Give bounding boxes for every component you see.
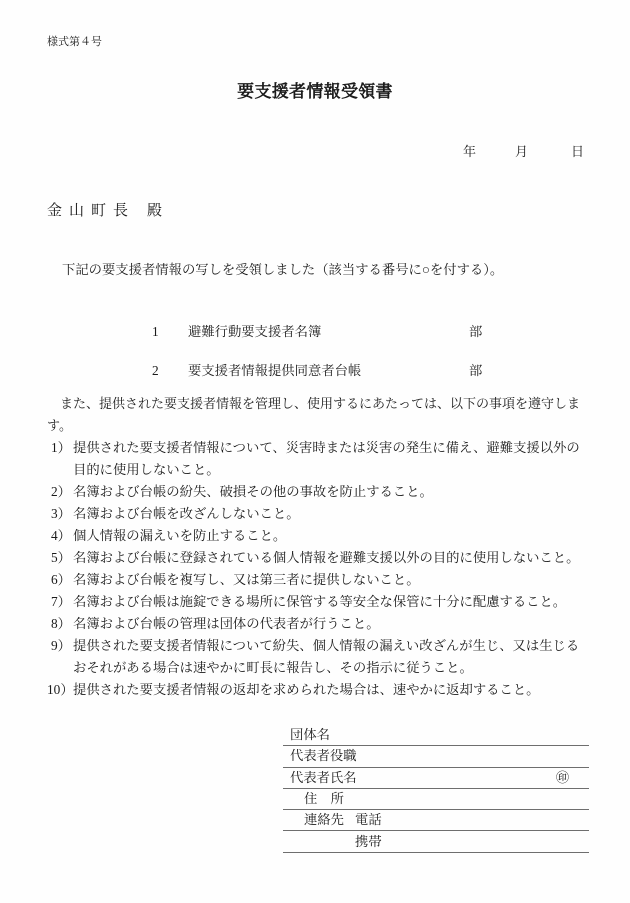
rule-text: 名簿および台帳を複写し、又は第三者に提供しないこと。 bbox=[73, 569, 585, 591]
rule-text: 名簿および台帳の管理は団体の代表者が行うこと。 bbox=[73, 613, 585, 635]
rule-item: 10） 提供された要支援者情報の返却を求められた場合は、速やかに返却すること。 bbox=[47, 679, 592, 701]
signature-row-contact-phone: 連絡先 電話 bbox=[283, 810, 589, 831]
document-name: 避難行動要支援者名簿 bbox=[188, 325, 321, 339]
rule-number: 2） bbox=[47, 481, 71, 503]
rule-text: 名簿および台帳を改ざんしないこと。 bbox=[73, 503, 585, 525]
rule-text: 名簿および台帳は施錠できる場所に保管する等安全な保管に十分に配慮すること。 bbox=[73, 591, 585, 613]
address-label: 住 所 bbox=[283, 792, 344, 806]
seal-mark-icon: ㊞ bbox=[556, 771, 569, 785]
mobile-label: 携帯 bbox=[355, 835, 382, 849]
contact-label: 連絡先 bbox=[283, 813, 344, 827]
rule-text: 名簿および台帳に登録されている個人情報を避難支援以外の目的に使用しないこと。 bbox=[73, 547, 585, 569]
rule-number: 4） bbox=[47, 525, 71, 547]
signature-row-representative-title: 代表者役職 bbox=[283, 746, 589, 767]
rule-text: 提供された要支援者情報について紛失、個人情報の漏えい改ざんが生じ、又は生じるおそ… bbox=[73, 635, 585, 679]
signature-row-contact-mobile: 携帯 bbox=[283, 831, 589, 852]
signature-row-representative-name: 代表者氏名 ㊞ bbox=[283, 768, 589, 789]
rule-item: 4） 個人情報の漏えいを防止すること。 bbox=[47, 525, 592, 547]
rule-item: 1） 提供された要支援者情報について、災害時または災害の発生に備え、避難支援以外… bbox=[47, 437, 592, 481]
mobile-field[interactable] bbox=[404, 831, 589, 851]
date-day-field[interactable] bbox=[532, 145, 568, 159]
organization-field[interactable] bbox=[330, 725, 589, 745]
rule-item: 3） 名簿および台帳を改ざんしないこと。 bbox=[47, 503, 592, 525]
rule-text: 提供された要支援者情報の返却を求められた場合は、速やかに返却すること。 bbox=[73, 679, 585, 701]
rule-number: 3） bbox=[47, 503, 71, 525]
document-title: 要支援者情報受領書 bbox=[0, 82, 630, 102]
rule-text: 提供された要支援者情報について、災害時または災害の発生に備え、避難支援以外の目的… bbox=[73, 437, 585, 481]
document-page: 様式第４号 要支援者情報受領書 年 月 日 金山町長 殿 下記の要支援者情報の写… bbox=[0, 0, 630, 903]
document-count-field[interactable] bbox=[420, 364, 464, 378]
document-count-field[interactable] bbox=[420, 325, 464, 339]
date-month-label: 月 bbox=[515, 145, 528, 159]
address-field[interactable] bbox=[344, 789, 589, 809]
phone-label: 電話 bbox=[355, 813, 382, 827]
rule-item: 9） 提供された要支援者情報について紛失、個人情報の漏えい改ざんが生じ、又は生じ… bbox=[47, 635, 592, 679]
organization-label: 団体名 bbox=[283, 728, 330, 742]
representative-name-label: 代表者氏名 bbox=[283, 771, 357, 785]
representative-title-field[interactable] bbox=[357, 746, 589, 766]
signature-row-address: 住 所 bbox=[283, 789, 589, 810]
date-day-label: 日 bbox=[571, 145, 584, 159]
rule-item: 2） 名簿および台帳の紛失、破損その他の事故を防止すること。 bbox=[47, 481, 592, 503]
representative-name-field[interactable] bbox=[357, 768, 589, 788]
compliance-preamble: また、提供された要支援者情報を管理し、使用するにあたっては、以下の事項を遵守しま… bbox=[47, 393, 581, 437]
rule-number: 7） bbox=[47, 591, 71, 613]
document-unit: 部 bbox=[469, 325, 482, 339]
signature-block: 団体名 代表者役職 代表者氏名 ㊞ 住 所 連絡先 電話 携帯 bbox=[283, 725, 589, 853]
rule-item: 8） 名簿および台帳の管理は団体の代表者が行うこと。 bbox=[47, 613, 592, 635]
rule-text: 個人情報の漏えいを防止すること。 bbox=[73, 525, 585, 547]
date-year-label: 年 bbox=[463, 145, 476, 159]
document-name: 要支援者情報提供同意者台帳 bbox=[188, 364, 361, 378]
rule-number: 6） bbox=[47, 569, 71, 591]
rule-number: 9） bbox=[47, 635, 71, 657]
rule-number: 10） bbox=[47, 679, 71, 701]
rule-number: 1） bbox=[47, 437, 71, 459]
rule-text: 名簿および台帳の紛失、破損その他の事故を防止すること。 bbox=[73, 481, 585, 503]
date-year-field[interactable] bbox=[420, 145, 460, 159]
rule-number: 5） bbox=[47, 547, 71, 569]
addressee-name: 金山町長 bbox=[47, 203, 135, 219]
document-unit: 部 bbox=[469, 364, 482, 378]
signature-row-organization: 団体名 bbox=[283, 725, 589, 746]
date-month-field[interactable] bbox=[478, 145, 513, 159]
document-number: 1 bbox=[152, 325, 159, 339]
form-number: 様式第４号 bbox=[47, 36, 102, 48]
phone-field[interactable] bbox=[414, 810, 589, 830]
rule-number: 8） bbox=[47, 613, 71, 635]
document-number: 2 bbox=[152, 364, 159, 378]
representative-title-label: 代表者役職 bbox=[283, 749, 357, 763]
addressee-honorific: 殿 bbox=[147, 203, 162, 219]
rule-item: 5） 名簿および台帳に登録されている個人情報を避難支援以外の目的に使用しないこと… bbox=[47, 547, 592, 569]
intro-statement: 下記の要支援者情報の写しを受領しました（該当する番号に○を付する）。 bbox=[62, 263, 503, 277]
compliance-rules-list: 1） 提供された要支援者情報について、災害時または災害の発生に備え、避難支援以外… bbox=[47, 437, 592, 701]
rule-item: 7） 名簿および台帳は施錠できる場所に保管する等安全な保管に十分に配慮すること。 bbox=[47, 591, 592, 613]
rule-item: 6） 名簿および台帳を複写し、又は第三者に提供しないこと。 bbox=[47, 569, 592, 591]
